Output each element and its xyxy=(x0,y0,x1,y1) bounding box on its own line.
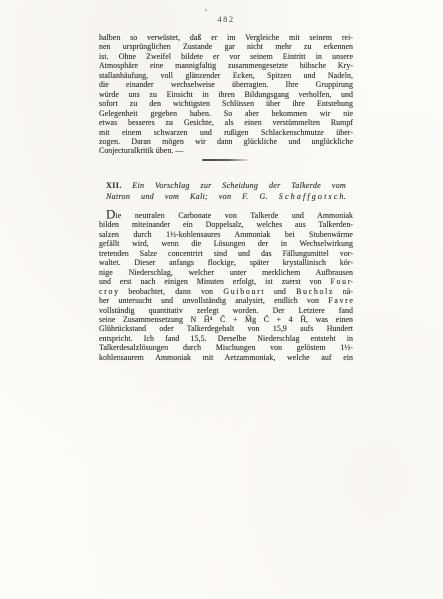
text-line: sofort zu den wichtigsten Schlüssen über… xyxy=(99,99,353,108)
page-number: 482 xyxy=(99,14,353,24)
text-line: stallanhäufung, voll glänzender Ecken, S… xyxy=(99,71,353,80)
text-line: tretenden Salze concentrirt sind und das… xyxy=(99,249,353,258)
article-number: XII. xyxy=(106,181,122,190)
text-line: Glührückstand oder Talkerdegehalt von 15… xyxy=(99,324,353,333)
text-line: entspricht. Ich fand 15,5. Derselbe Nied… xyxy=(99,334,353,343)
scan-speck xyxy=(205,9,207,11)
text-line: zogen. Daran mögen wir dann glückliche u… xyxy=(99,137,353,146)
section-divider xyxy=(202,159,248,161)
text-line: die einander wechselweise überragten. Ih… xyxy=(99,80,353,89)
text-line: kohlensaurem Ammoniak mit Aetzammoniak, … xyxy=(99,353,353,362)
paragraph-continuation: halben so verwüstet, daß er im Vergleich… xyxy=(99,33,353,156)
text-line-first: Die neutralen Carbonate von Talkerde und… xyxy=(99,211,353,220)
text-line: waltet. Dieser anfangs flockige, später … xyxy=(99,258,353,267)
text-line: Atmosphäre eine mannigfaltig zusammenges… xyxy=(99,61,353,70)
article-title-text: Ein Vorschlag zur Scheidung der Talkerde… xyxy=(132,181,346,190)
article-heading: XII. Ein Vorschlag zur Scheidung der Tal… xyxy=(106,180,346,202)
text-line: c r o y beobachtet, dann von G u i b o u… xyxy=(99,287,353,296)
text-line: Talkerdesalzlösungen durch Mischungen vo… xyxy=(99,343,353,352)
text-line: halben so verwüstet, daß er im Vergleich… xyxy=(99,33,353,42)
body-lines: bilden miteinander ein Doppelsalz, welch… xyxy=(99,220,353,362)
text-line: mit einem schwarzen und rußigen Schlacke… xyxy=(99,128,353,137)
text-line: bilden miteinander ein Doppelsalz, welch… xyxy=(99,220,353,229)
text-line: gefällt wird, wenn die Lösungen der in W… xyxy=(99,239,353,248)
text-line: seine Zusammensetzung N Ḧ⁴ C̈ + M̈g C̈ … xyxy=(99,315,353,324)
text-line: her untersucht und unvollständig analysi… xyxy=(99,296,353,305)
article-body: Die neutralen Carbonate von Talkerde und… xyxy=(99,211,353,362)
text-line: Conjecturalkritik üben. — xyxy=(99,146,353,155)
text-line: nige Niederschlag, welcher unter merklic… xyxy=(99,268,353,277)
text-line: etwas besseres zu Gesichte, als einen ve… xyxy=(99,118,353,127)
text-line: Gelegenheit gegeben haben. So aber bekom… xyxy=(99,109,353,118)
first-line-text: ie neutralen Carbonate von Talkerde und … xyxy=(115,211,353,220)
text-line: und erst nach einigen Minuten erfolgt, i… xyxy=(99,277,353,286)
text-line: nen ursprünglichen Zustande gar nicht me… xyxy=(99,42,353,51)
text-line: salzen durch 1½-kohlensaures Ammoniak be… xyxy=(99,230,353,239)
text-line: vollständig quantitativ zerlegt worden. … xyxy=(99,306,353,315)
scanned-page: 482 halben so verwüstet, daß er im Vergl… xyxy=(0,0,443,599)
article-title-line2: Natron und vom Kali; von F. G. S c h a f… xyxy=(106,191,346,202)
text-line: ist. Ohne Zweifel bildete er vor seinem … xyxy=(99,52,353,61)
article-title-line1: XII. Ein Vorschlag zur Scheidung der Tal… xyxy=(106,180,346,191)
text-line: würde uns zu Einsicht in ihren Bildungsg… xyxy=(99,90,353,99)
